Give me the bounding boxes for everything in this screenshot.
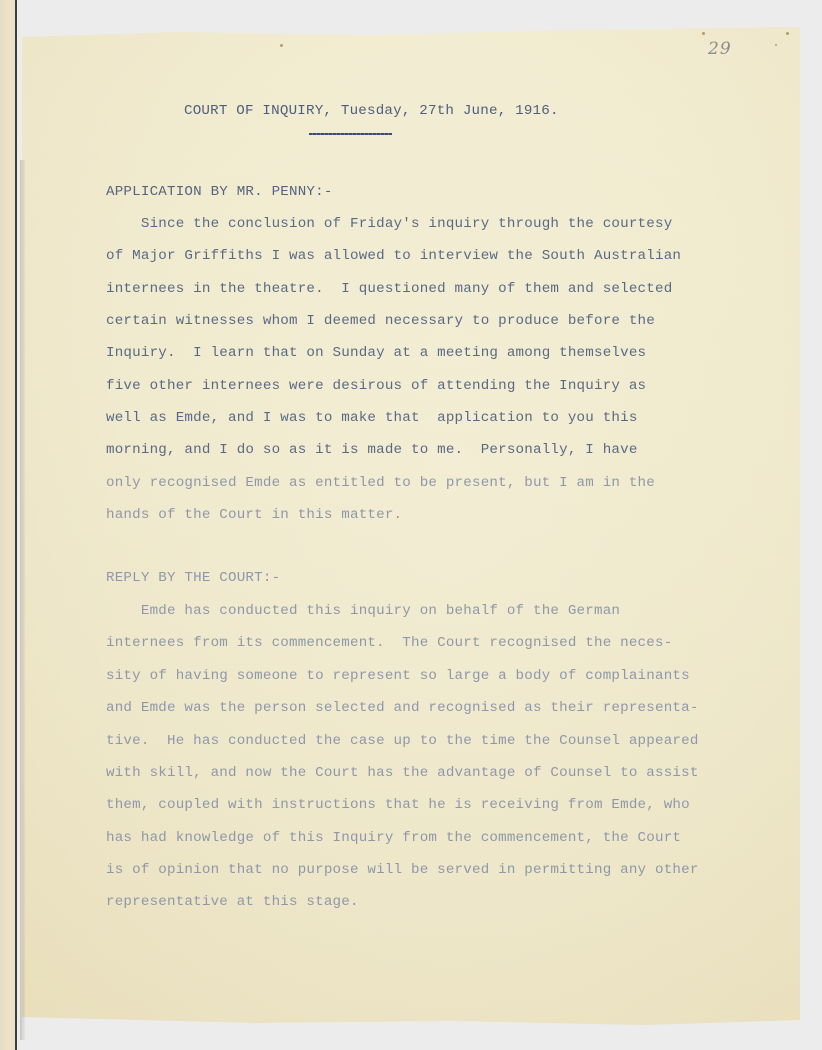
- paper-speck: [775, 44, 777, 46]
- paragraph-line: sity of having someone to represent so l…: [106, 668, 690, 684]
- section-heading-reply: REPLY BY THE COURT:-: [106, 570, 280, 586]
- paragraph-line: well as Emde, and I was to make that app…: [106, 410, 638, 426]
- paragraph-line: has had knowledge of this Inquiry from t…: [106, 830, 681, 846]
- binding-edge: [15, 0, 17, 1050]
- paragraph-line: of Major Griffiths I was allowed to inte…: [106, 248, 681, 264]
- paragraph-line: representative at this stage.: [106, 894, 359, 910]
- paragraph-line: Since the conclusion of Friday's inquiry…: [106, 216, 672, 232]
- paragraph-line: Inquiry. I learn that on Sunday at a mee…: [106, 345, 646, 361]
- paragraph-line: internees in the theatre. I questioned m…: [106, 281, 672, 297]
- paragraph-line: five other internees were desirous of at…: [106, 378, 646, 394]
- section-heading-application: APPLICATION BY MR. PENNY:-: [106, 184, 333, 200]
- folio-number: 29: [708, 39, 732, 59]
- paragraph-line: hands of the Court in this matter.: [106, 507, 402, 523]
- binding-strip: [0, 0, 16, 1050]
- paper-speck: [800, 40, 803, 43]
- paragraph-line: with skill, and now the Court has the ad…: [106, 765, 699, 781]
- paragraph-line: morning, and I do so as it is made to me…: [106, 442, 638, 458]
- scanned-page: 29 COURT OF INQUIRY, Tuesday, 27th June,…: [0, 0, 822, 1050]
- paragraph-line: them, coupled with instructions that he …: [106, 797, 690, 813]
- paper-sheet: 29 COURT OF INQUIRY, Tuesday, 27th June,…: [22, 27, 800, 1025]
- title-underline: [309, 133, 392, 135]
- paragraph-line: internees from its commencement. The Cou…: [106, 635, 672, 651]
- paragraph-line: tive. He has conducted the case up to th…: [106, 733, 699, 749]
- binding-shadow: [20, 160, 26, 1040]
- paragraph-line: only recognised Emde as entitled to be p…: [106, 475, 655, 491]
- paragraph-line: is of opinion that no purpose will be se…: [106, 862, 699, 878]
- paragraph-line: and Emde was the person selected and rec…: [106, 700, 699, 716]
- paper-speck: [702, 32, 705, 35]
- paper-speck: [786, 32, 789, 35]
- paragraph-line: certain witnesses whom I deemed necessar…: [106, 313, 655, 329]
- document-title: COURT OF INQUIRY, Tuesday, 27th June, 19…: [184, 103, 559, 119]
- paragraph-line: Emde has conducted this inquiry on behal…: [106, 603, 620, 619]
- paper-speck: [280, 44, 283, 47]
